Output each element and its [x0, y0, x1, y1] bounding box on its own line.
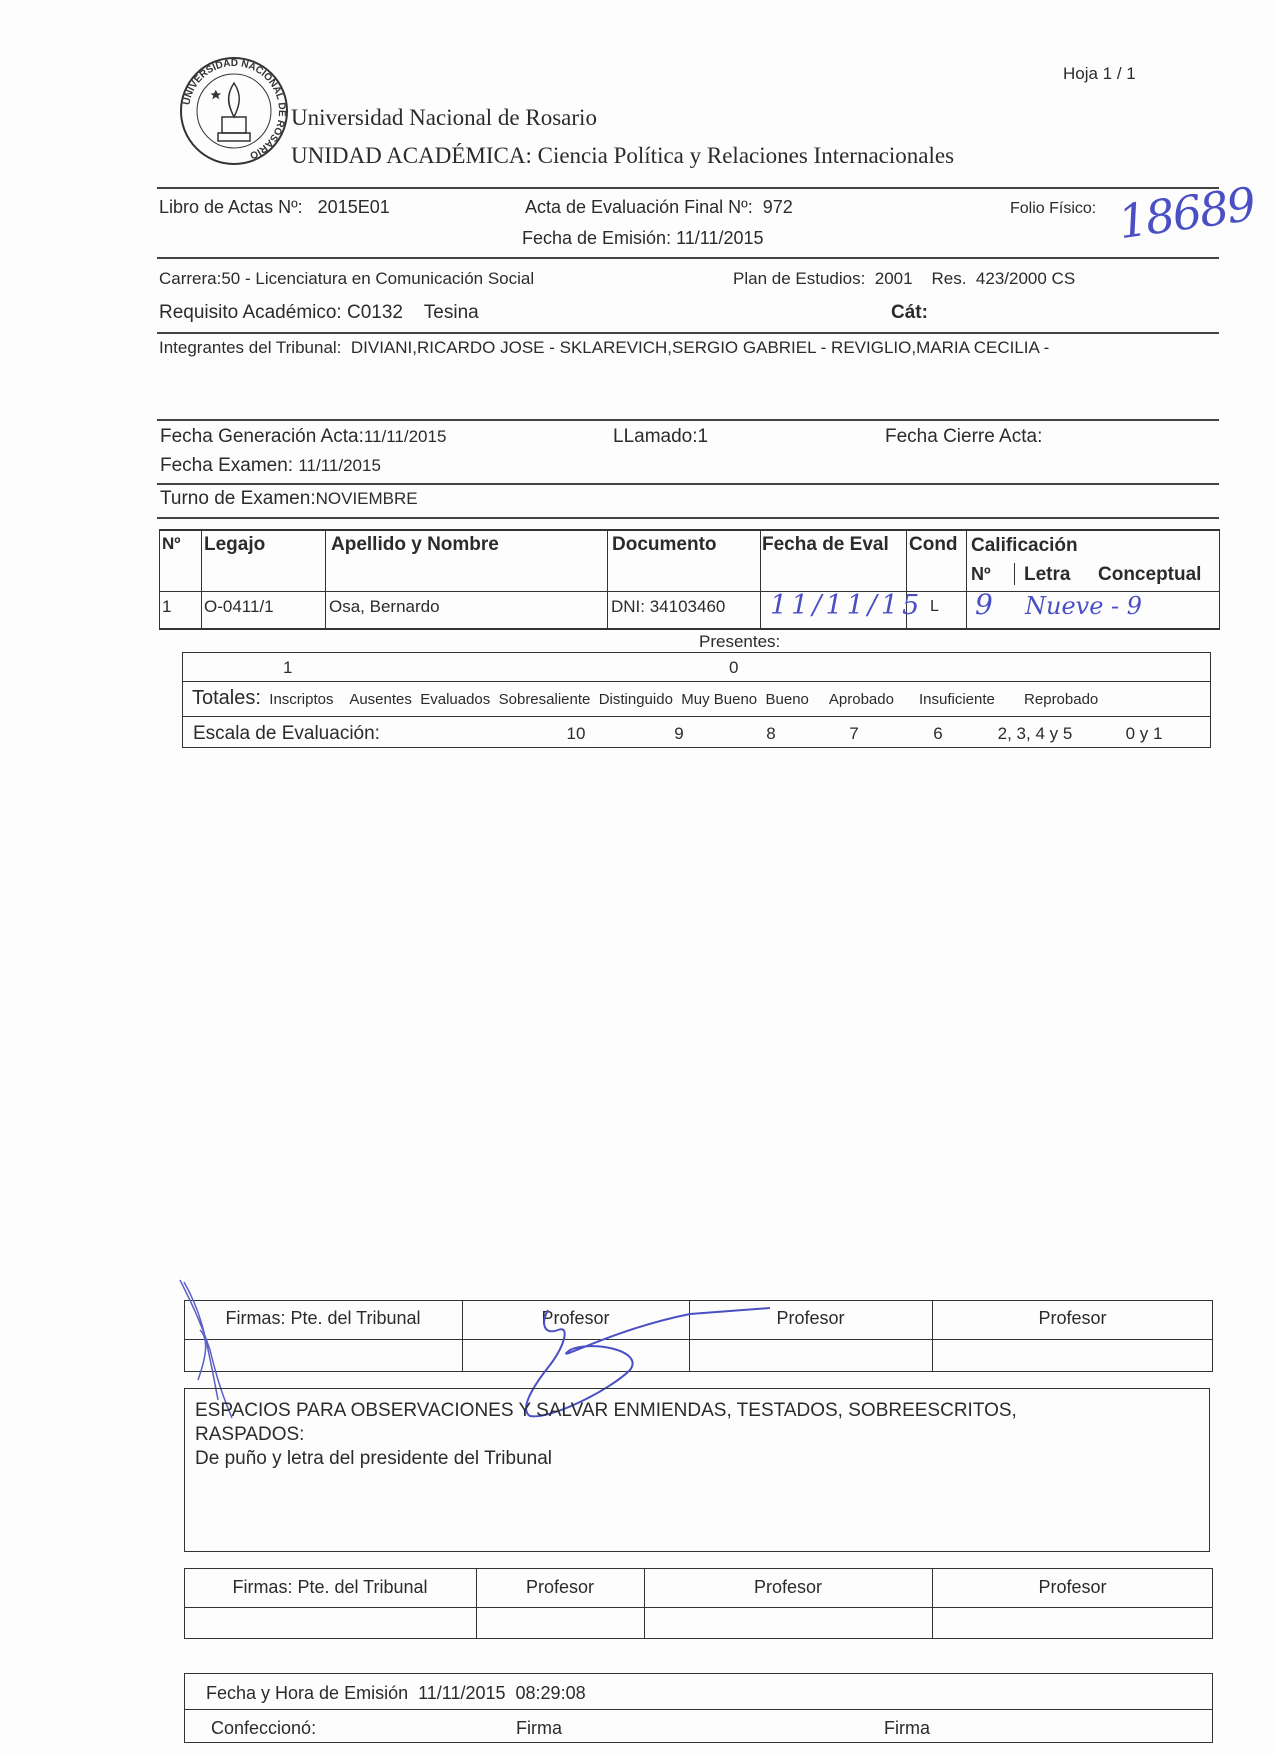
- cell-calif-num-handwritten: 9: [975, 588, 993, 621]
- requisito-label: Requisito Académico:: [159, 302, 342, 323]
- col-inscriptos: Inscriptos: [269, 691, 333, 708]
- sig2-profesor-1: Profesor: [476, 1577, 644, 1598]
- col-header-cond: Cond: [909, 534, 958, 556]
- fecha-hora-emision: Fecha y Hora de Emisión 11/11/2015 08:29…: [206, 1683, 586, 1704]
- observations-line-3: De puño y letra del presidente del Tribu…: [195, 1448, 552, 1470]
- tribunal: Integrantes del Tribunal: DIVIANI,RICARD…: [159, 338, 1049, 358]
- requisito-value: C0132: [347, 302, 403, 323]
- generacion-value: 11/11/2015: [364, 427, 447, 446]
- cell-cond: L: [930, 598, 939, 616]
- escala-reprobado: 0 y 1: [1104, 724, 1184, 744]
- acta-label: Acta de Evaluación Final Nº:: [525, 197, 753, 217]
- col-header-legajo: Legajo: [204, 534, 265, 556]
- llamado: LLamado:1: [613, 426, 708, 448]
- divider: [157, 517, 1219, 519]
- page-indicator: Hoja 1 / 1: [1063, 64, 1136, 84]
- divider: [157, 257, 1219, 259]
- col-header-calificacion: Calificación: [971, 535, 1078, 557]
- plan-value: 2001: [875, 269, 913, 288]
- academic-unit: UNIDAD ACADÉMICA: Ciencia Política y Rel…: [291, 143, 954, 169]
- col-distinguido: Distinguido: [599, 691, 673, 708]
- cell-calif-letra-handwritten: Nueve - 9: [1025, 592, 1142, 620]
- escala-bueno: 7: [834, 724, 874, 744]
- col-header-num: Nº: [162, 534, 181, 554]
- plan-label: Plan de Estudios:: [733, 269, 865, 288]
- cat-label: Cát:: [891, 302, 928, 324]
- emision-label: Fecha de Emisión:: [522, 228, 671, 248]
- divider: [157, 332, 1219, 334]
- torch-emblem-icon: UNIVERSIDAD NACIONAL DE ROSARIO: [178, 55, 290, 167]
- col-header-nombre: Apellido y Nombre: [331, 534, 499, 556]
- col-insuficiente: Insuficiente: [919, 691, 995, 708]
- plan-estudios: Plan de Estudios: 2001 Res. 423/2000 CS: [733, 269, 1075, 289]
- examen-label: Fecha Examen:: [160, 455, 293, 476]
- cell-fecha-handwritten: 11/11/15: [770, 590, 923, 621]
- escala-insuficiente: 2, 3, 4 y 5: [985, 724, 1085, 744]
- divider: [157, 483, 1219, 485]
- col-sobresaliente: Sobresaliente: [499, 691, 591, 708]
- turno-examen: Turno de Examen:NOVIEMBRE: [160, 488, 418, 510]
- acta-number: Acta de Evaluación Final Nº: 972: [525, 197, 793, 218]
- res-label: Res.: [932, 269, 967, 288]
- folio-label: Folio Físico:: [1010, 200, 1096, 218]
- footer-emision-value: 11/11/2015 08:29:08: [418, 1683, 585, 1703]
- escala-muy-bueno: 8: [751, 724, 791, 744]
- confecciono-label: Confeccionó:: [211, 1718, 316, 1739]
- cell-num: 1: [162, 597, 171, 617]
- col-evaluados: Evaluados: [420, 691, 490, 708]
- sig2-profesor-2: Profesor: [644, 1577, 932, 1598]
- libro-value: 2015E01: [318, 197, 390, 217]
- firma-2: Firma: [884, 1718, 930, 1739]
- university-seal: UNIVERSIDAD NACIONAL DE ROSARIO: [178, 55, 290, 167]
- turno-label: Turno de Examen:: [160, 488, 316, 509]
- turno-value: NOVIEMBRE: [316, 489, 418, 508]
- requisito-name: Tesina: [424, 302, 479, 323]
- col-header-calif-num: Nº: [971, 564, 991, 585]
- col-bueno: Bueno: [766, 691, 809, 708]
- col-header-calif-conceptual: Conceptual: [1098, 564, 1201, 586]
- col-reprobado: Reprobado: [1024, 691, 1098, 708]
- totales-label: Totales:: [192, 687, 261, 709]
- col-header-documento: Documento: [612, 534, 717, 556]
- divider: [157, 187, 1219, 189]
- escala-aprobado: 6: [918, 724, 958, 744]
- tribunal-members: DIVIANI,RICARDO JOSE - SKLAREVICH,SERGIO…: [351, 338, 1049, 357]
- fecha-generacion: Fecha Generación Acta:11/11/2015: [160, 426, 446, 448]
- escala-label: Escala de Evaluación:: [193, 723, 380, 745]
- observations-line-1: ESPACIOS PARA OBSERVACIONES Y SALVAR ENM…: [195, 1400, 1017, 1422]
- sig2-presidente: Firmas: Pte. del Tribunal: [184, 1577, 476, 1598]
- tribunal-label: Integrantes del Tribunal:: [159, 338, 341, 357]
- res-value: 423/2000 CS: [976, 269, 1075, 288]
- cell-legajo: O-0411/1: [204, 597, 274, 617]
- footer-emision-label: Fecha y Hora de Emisión: [206, 1683, 408, 1703]
- llamado-label: LLamado:: [613, 426, 698, 447]
- sig1-profesor-3: Profesor: [932, 1308, 1213, 1329]
- fecha-examen: Fecha Examen: 11/11/2015: [160, 455, 381, 477]
- carrera: Carrera:50 - Licenciatura en Comunicació…: [159, 269, 534, 289]
- ausentes-value: 0: [729, 658, 738, 678]
- presentes-label: Presentes:: [699, 632, 780, 652]
- inscriptos-value: 1: [283, 658, 292, 678]
- col-muy-bueno: Muy Bueno: [681, 691, 757, 708]
- firma-1: Firma: [516, 1718, 562, 1739]
- cell-nombre: Osa, Bernardo: [329, 597, 440, 617]
- requisito: Requisito Académico: C0132 Tesina: [159, 302, 479, 324]
- col-header-calif-letra: Letra: [1024, 564, 1070, 586]
- university-name: Universidad Nacional de Rosario: [291, 105, 597, 131]
- libro-label: Libro de Actas Nº:: [159, 197, 303, 217]
- sig2-profesor-3: Profesor: [932, 1577, 1213, 1598]
- col-aprobado: Aprobado: [829, 691, 894, 708]
- acta-value: 972: [763, 197, 793, 217]
- escala-sobresaliente: 10: [556, 724, 596, 744]
- fecha-emision: Fecha de Emisión: 11/11/2015: [522, 228, 764, 249]
- totales-row: Totales: Inscriptos Ausentes Evaluados S…: [192, 687, 1098, 710]
- llamado-value: 1: [698, 426, 709, 447]
- escala-distinguido: 9: [659, 724, 699, 744]
- generacion-label: Fecha Generación Acta:: [160, 426, 364, 447]
- col-ausentes: Ausentes: [349, 691, 412, 708]
- fecha-cierre-label: Fecha Cierre Acta:: [885, 426, 1042, 448]
- libro-actas: Libro de Actas Nº: 2015E01: [159, 197, 390, 218]
- divider: [157, 419, 1219, 421]
- col-header-fecha: Fecha de Eval: [762, 534, 889, 556]
- cell-documento: DNI: 34103460: [611, 597, 725, 617]
- observations-line-2: RASPADOS:: [195, 1424, 304, 1446]
- examen-value: 11/11/2015: [298, 456, 381, 475]
- emision-value: 11/11/2015: [676, 228, 763, 248]
